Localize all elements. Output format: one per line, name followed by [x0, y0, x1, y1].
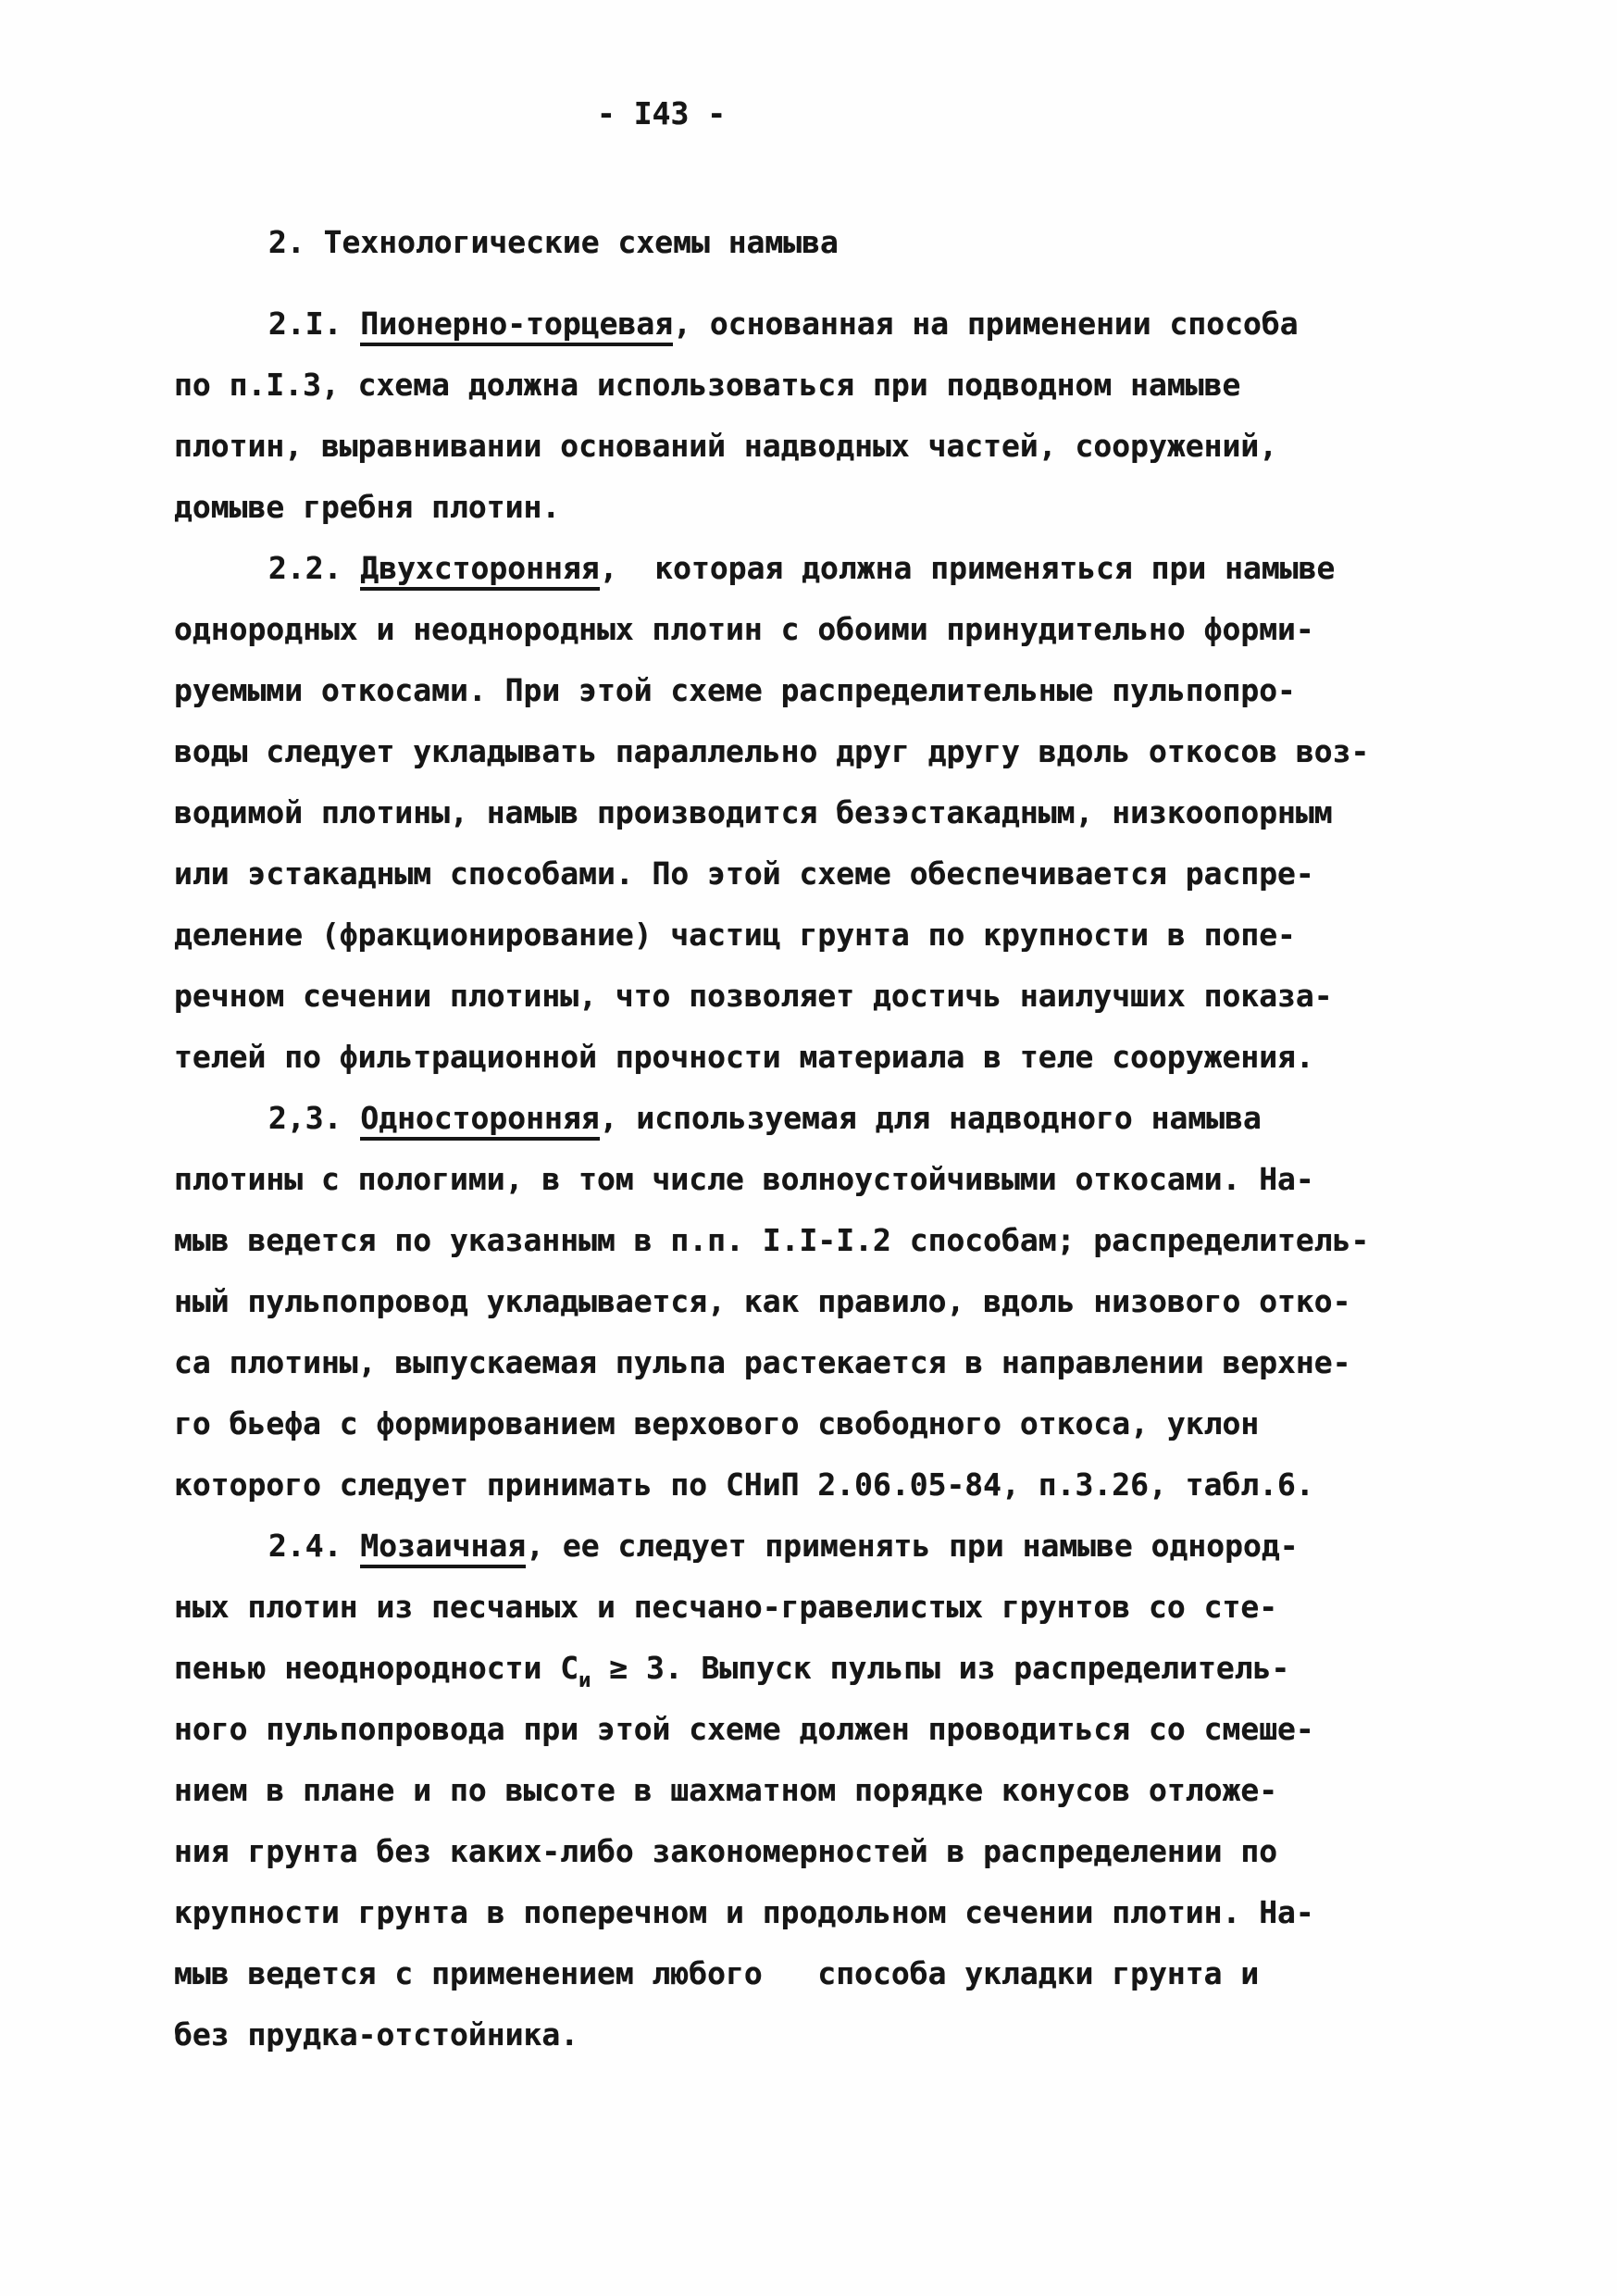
coefficient-subscript: и — [578, 1669, 591, 1692]
paragraph-2-2-line-1-rest: , которая должна применяться при намыве — [600, 550, 1336, 586]
paragraph-2-3-line-3: мыв ведется по указанным в п.п. I.I-I.2 … — [174, 1210, 1617, 1271]
paragraph-2-3-line-6: го бьефа с формированием верхового свобо… — [174, 1393, 1617, 1454]
paragraph-2-2-line-9: телей по фильтрационной прочности матери… — [174, 1027, 1617, 1088]
document-page: - I43 - 2. Технологические схемы намыва … — [0, 0, 1617, 2296]
paragraph-2-2-line-4: воды следует укладывать параллельно друг… — [174, 721, 1617, 782]
paragraph-2-2-line-2: однородных и неоднородных плотин с обоим… — [174, 599, 1617, 660]
paragraph-2-4-number: 2.4. — [268, 1528, 360, 1564]
paragraph-2-4-line-3: пенью неоднородности Си ≥ 3. Выпуск пуль… — [174, 1638, 1617, 1699]
paragraph-2-4-line-6: ния грунта без каких-либо закономерносте… — [174, 1821, 1617, 1882]
paragraph-2-3-line-1: 2,3. Односторонняя, используемая для над… — [174, 1088, 1617, 1149]
paragraph-2-3-line-1-rest: , используемая для надводного намыва — [600, 1100, 1262, 1136]
paragraph-2-1-line-3: плотин, выравнивании оснований надводных… — [174, 416, 1617, 477]
paragraph-2-2-line-3: руемыми откосами. При этой схеме распред… — [174, 660, 1617, 721]
paragraph-2-3-line-4: ный пульпопровод укладывается, как прави… — [174, 1271, 1617, 1332]
paragraph-2-2-line-8: речном сечении плотины, что позволяет до… — [174, 966, 1617, 1027]
paragraph-2-4-line-4: ного пульпопровода при этой схеме должен… — [174, 1699, 1617, 1760]
paragraph-2-4-line-5: нием в плане и по высоте в шахматном пор… — [174, 1760, 1617, 1821]
paragraph-2-1-number: 2.I. — [268, 306, 360, 342]
paragraph-2-1-line-1-rest: , основанная на применении способа — [673, 306, 1299, 342]
section-heading: 2. Технологические схемы намыва — [268, 212, 1617, 273]
paragraph-2-4-line-1-rest: , ее следует применять при намыве одноро… — [526, 1528, 1298, 1564]
page-number: - I43 - — [597, 83, 1617, 144]
paragraph-2-1-line-2: по п.I.3, схема должна использоваться пр… — [174, 355, 1617, 416]
paragraph-2-3-line-7: которого следует принимать по СНиП 2.06.… — [174, 1454, 1617, 1516]
paragraph-2-3-number: 2,3. — [268, 1100, 360, 1136]
document-body: 2.I. Пионерно-торцевая, основанная на пр… — [174, 293, 1617, 2065]
paragraph-2-2-term-underlined: Двухсторонняя — [360, 550, 599, 591]
paragraph-2-4-term-underlined: Мозаичная — [360, 1528, 526, 1568]
paragraph-2-4-line-2: ных плотин из песчаных и песчано-гравели… — [174, 1577, 1617, 1638]
paragraph-2-4-line-8: мыв ведется с применением любого способа… — [174, 1943, 1617, 2004]
paragraph-2-3-line-2: плотины с пологими, в том числе волноуст… — [174, 1149, 1617, 1210]
paragraph-2-4-line-7: крупности грунта в поперечном и продольн… — [174, 1882, 1617, 1943]
paragraph-2-1-line-1: 2.I. Пионерно-торцевая, основанная на пр… — [174, 293, 1617, 355]
paragraph-2-1-line-4: домыве гребня плотин. — [174, 477, 1617, 538]
paragraph-2-3-line-5: са плотины, выпускаемая пульпа растекает… — [174, 1332, 1617, 1393]
paragraph-2-2-line-6: или эстакадным способами. По этой схеме … — [174, 843, 1617, 905]
paragraph-2-2-line-7: деление (фракционирование) частиц грунта… — [174, 905, 1617, 966]
paragraph-2-2-line-1: 2.2. Двухсторонняя, которая должна приме… — [174, 538, 1617, 599]
paragraph-2-4-line-3-pre: пенью неоднородности С — [174, 1650, 578, 1686]
paragraph-2-3-term-underlined: Односторонняя — [360, 1100, 599, 1141]
paragraph-2-4-line-9: без прудка-отстойника. — [174, 2004, 1617, 2065]
paragraph-2-2-number: 2.2. — [268, 550, 360, 586]
paragraph-2-4-line-3-post: ≥ 3. Выпуск пульпы из распределитель- — [591, 1650, 1289, 1686]
paragraph-2-1-term-underlined: Пионерно-торцевая — [360, 306, 673, 346]
paragraph-2-2-line-5: водимой плотины, намыв производится безэ… — [174, 782, 1617, 843]
paragraph-2-4-line-1: 2.4. Мозаичная, ее следует применять при… — [174, 1516, 1617, 1577]
